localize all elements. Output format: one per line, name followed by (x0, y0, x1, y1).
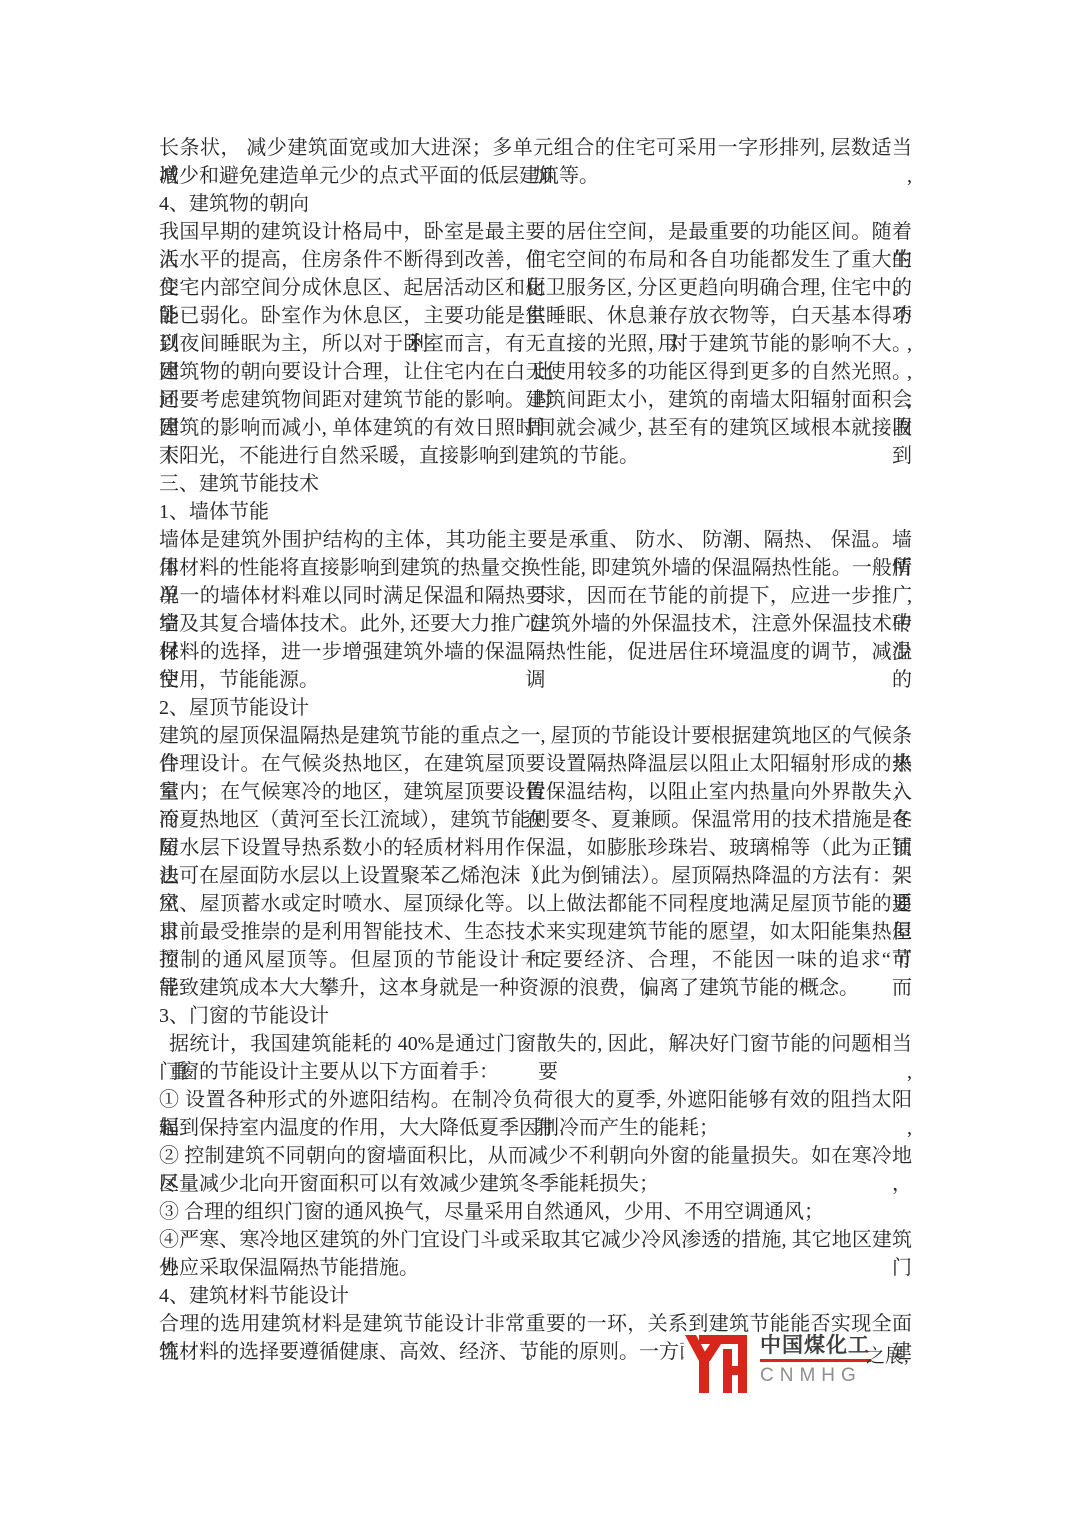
text-line: 长条状， 减少建筑面宽或加大进深；多单元组合的住宅可采用一字形排列, 层数适当增… (159, 134, 912, 162)
text-line: 2、屋顶节能设计 (159, 694, 912, 722)
watermark-en-text: CNMHG (760, 1365, 871, 1387)
watermark-text-group: 中国煤化工 CNMHG (760, 1334, 871, 1387)
text-line: 1、墙体节能 (159, 498, 912, 526)
text-line: 冷夏热地区（黄河至长江流域），建筑节能则要冬、夏兼顾。保温常用的技术措施是在屋顶 (159, 806, 912, 834)
text-line: 我国早期的建筑设计格局中，卧室是最主要的居住空间，是最重要的功能区间。随着人们生 (159, 218, 912, 246)
text-line: 4、建筑材料节能设计 (159, 1282, 912, 1310)
text-line: 墙及其复合墙体技术。此外, 还要大力推广建筑外墙的外保温技术，注意外保温技术中保… (159, 610, 912, 638)
text-line: ③ 合理的组织门窗的通风换气，尽量采用自然通风，少用、不用空调通风； (159, 1198, 912, 1226)
text-line: 防水层下设置导热系数小的轻质材料用作保温，如膨胀珍珠岩、玻璃棉等（此为正铺法）； (159, 834, 912, 862)
document-page: 长条状， 减少建筑面宽或加大进深；多单元组合的住宅可采用一字形排列, 层数适当增… (0, 0, 1072, 1516)
cnmhg-watermark: 中国煤化工 CNMHG (684, 1334, 870, 1396)
text-line: 还要考虑建筑物间距对建筑节能的影响。建筑间距太小，建筑的南墙太阳辐射面积会因周围 (159, 386, 912, 414)
text-line: 室内；在气候寒冷的地区，建筑屋顶要设置保温结构，以阻止室内热量向外界散失；而在冬 (159, 778, 912, 806)
text-line: 风、屋顶蓄水或定时喷水、屋顶绿化等。以上做法都能不同程度地满足屋顶节能的要求, … (159, 890, 912, 918)
text-line: 以夜间睡眠为主，所以对于卧室而言，有无直接的光照，对于建筑节能的影响不大。因此, (159, 330, 912, 358)
watermark-cn-text: 中国煤化工 (760, 1334, 871, 1358)
text-line: ① 设置各种形式的外遮阳结构。在制冷负荷很大的夏季, 外遮阳能够有效的阻挡太阳辐… (159, 1086, 912, 1114)
text-line: 墙体是建筑外围护结构的主体，其功能主要是承重、 防水、 防潮、隔热、 保温。墙体… (159, 526, 912, 554)
text-line: 据统计，我国建筑能耗的 40%是通过门窗散失的, 因此，解决好门窗节能的问题相当… (159, 1030, 912, 1058)
text-line: 住宅内部空间分成休息区、起居活动区和厨卫服务区, 分区更趋向明确合理, 住宅中的… (159, 274, 912, 302)
watermark-underline (760, 1359, 871, 1362)
text-line: 控制的通风屋顶等。但屋顶的节能设计一定要经济、合理，不能因一味的追求“节能”，而 (159, 946, 912, 974)
covered-text-fragment: 之展, (866, 1341, 909, 1368)
text-line: 合理设计。在气候炎热地区，在建筑屋顶要设置隔热降温层以阻止太阳辐射形成的热量传入 (159, 750, 912, 778)
document-text: 长条状， 减少建筑面宽或加大进深；多单元组合的住宅可采用一字形排列, 层数适当增… (159, 134, 912, 1366)
text-line: 用材料的性能将直接影响到建筑的热量交换性能, 即建筑外墙的保温隔热性能。一般情况… (159, 554, 912, 582)
text-line: ④严寒、寒冷地区建筑的外门宜设门斗或采取其它减少冷风渗透的措施, 其它地区建筑外… (159, 1226, 912, 1254)
text-line: ② 控制建筑不同朝向的窗墙面积比，从而减少不利朝向外窗的能量损失。如在寒冷地区， (159, 1142, 912, 1170)
text-line: 导致建筑成本大大攀升，这本身就是一种资源的浪费，偏离了建筑节能的概念。 (159, 974, 912, 1002)
text-line: 建筑的影响而减小, 单体建筑的有效日照时间就会减少, 甚至有的建筑区域根本就接收… (159, 414, 912, 442)
text-line: 3、门窗的节能设计 (159, 1002, 912, 1030)
text-line: 建筑的屋顶保温隔热是建筑节能的重点之一, 屋顶的节能设计要根据建筑地区的气候条件… (159, 722, 912, 750)
text-line: 三、建筑节能技术 (159, 470, 912, 498)
yh-logo-mark-icon (684, 1335, 748, 1393)
text-line: 能已弱化。卧室作为休息区，主要功能是供睡眠、休息兼存放衣物等，白天基本得不到利用… (159, 302, 912, 330)
text-line: 单一的墙体材料难以同时满足保温和隔热要求，因而在节能的前提下，应进一步推广空心砖 (159, 582, 912, 610)
text-line: 材料的选择，进一步增强建筑外墙的保温隔热性能，促进居住环境温度的调节，减少空调的 (159, 638, 912, 666)
text-line: 目前最受推崇的是利用智能技术、生态技术来实现建筑节能的愿望，如太阳能集热屋顶和可 (159, 918, 912, 946)
text-line: 也可在屋面防水层以上设置聚苯乙烯泡沫（此为倒铺法）。屋顶隔热降温的方法有：架空通 (159, 862, 912, 890)
text-line: 活水平的提高，住房条件不断得到改善，住宅空间的布局和各自功能都发生了重大的变化。 (159, 246, 912, 274)
text-line: 建筑物的朝向要设计合理，让住宅内在白天使用较多的功能区得到更多的自然光照。同时, (159, 358, 912, 386)
text-line: 4、建筑物的朝向 (159, 190, 912, 218)
